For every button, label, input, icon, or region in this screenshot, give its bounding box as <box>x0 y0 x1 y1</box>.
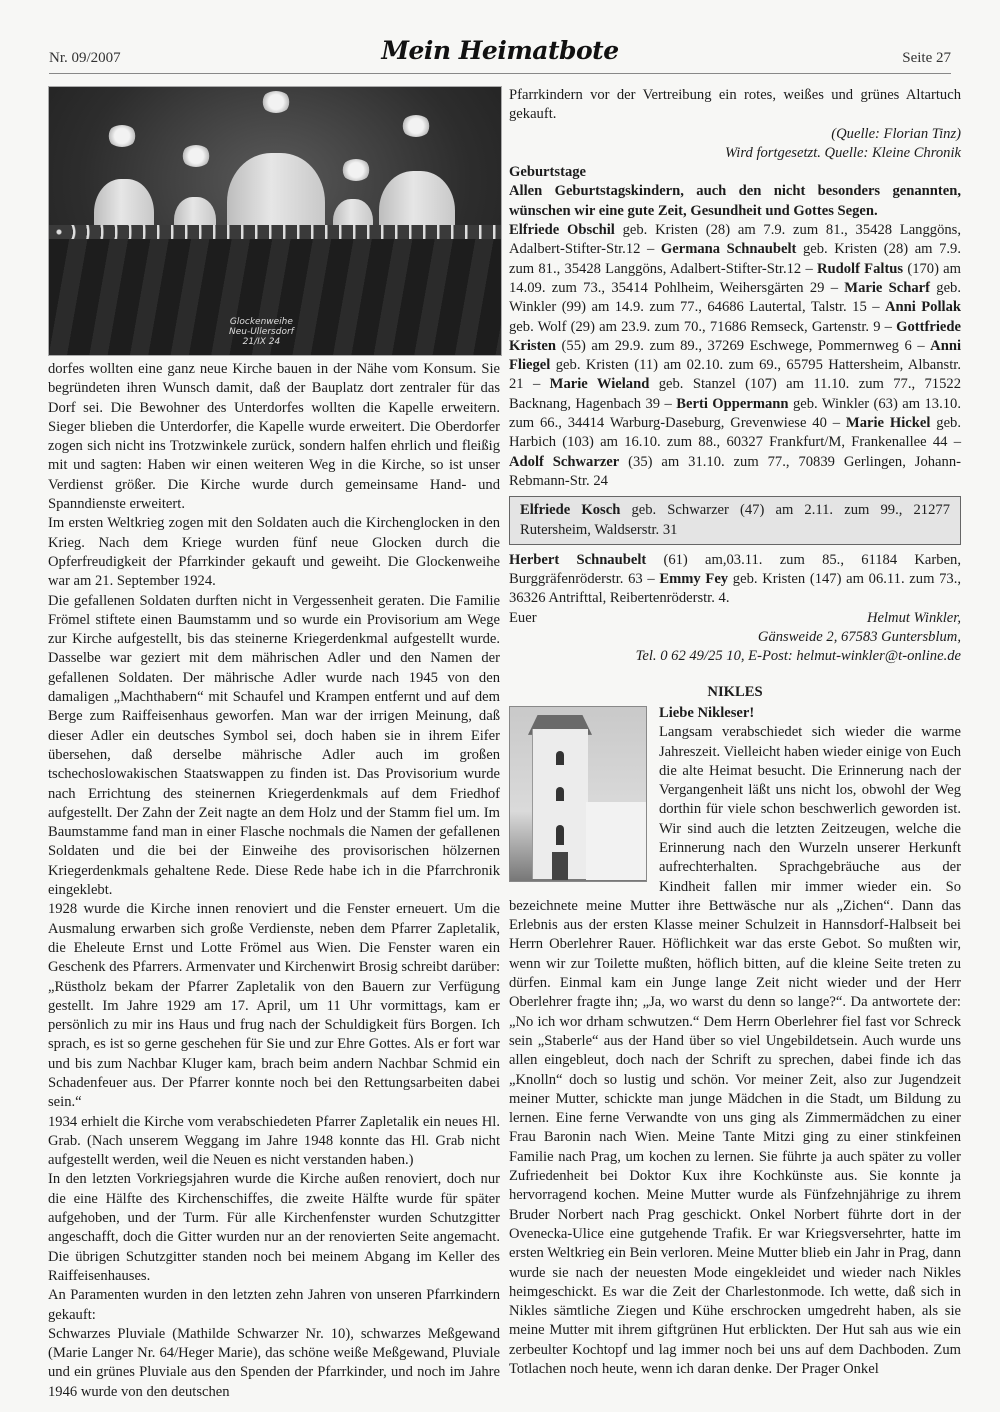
left-column: Glockenweihe Neu-Ullersdorf 21/IX 24 dor… <box>48 86 500 1402</box>
nikles-salutation: Liebe Nikleser! <box>659 705 754 721</box>
article-paragraph: Im ersten Weltkrieg zogen mit den Soldat… <box>48 514 500 591</box>
photo-inscription: Glockenweihe Neu-Ullersdorf 21/IX 24 <box>229 317 294 347</box>
birthday-name: Marie Wieland <box>550 376 650 392</box>
masthead-logo: Mein Heimatbote <box>381 36 618 65</box>
article-continuation: Pfarrkindern vor der Vertreibung ein rot… <box>509 86 961 125</box>
article-paragraph: 1934 erhielt die Kirche vom verabschiede… <box>48 1113 500 1171</box>
article-paragraph: An Paramenten wurden in den letzten zehn… <box>48 1286 500 1325</box>
birthday-list-continued: Herbert Schnaubelt (61) am,03.11. zum 85… <box>509 551 961 609</box>
flowers-icon <box>181 145 211 167</box>
header-divider <box>49 73 951 74</box>
article-paragraph: Die gefallenen Soldaten durften nicht in… <box>48 592 500 901</box>
photo-garland <box>49 225 501 239</box>
nikles-article: Liebe Nikleser! Langsam verabschiedet si… <box>509 704 961 1379</box>
church-photo <box>509 706 647 882</box>
birthday-name: Rudolf Faltus <box>817 261 903 277</box>
birthday-details: geb. Wolf (29) am 23.9. zum 70., 71686 R… <box>509 319 896 335</box>
birthday-list: Elfriede Obschil geb. Kristen (28) am 7.… <box>509 221 961 491</box>
signature-contact: Tel. 0 62 49/25 10, E-Post: helmut-winkl… <box>509 647 961 666</box>
birthday-details: (55) am 29.9. zum 89., 37269 Eschwege, P… <box>556 338 930 354</box>
church-window <box>556 825 564 845</box>
birthday-name: Herbert Schnaubelt <box>509 552 646 568</box>
article-paragraph: Schwarzes Pluviale (Mathilde Schwarzer N… <box>48 1325 500 1402</box>
church-nave <box>586 802 646 880</box>
article-paragraph: In den letzten Vorkriegsjahren wurde die… <box>48 1170 500 1286</box>
church-window <box>556 787 564 801</box>
signature-address: Gänsweide 2, 67583 Guntersblum, <box>509 628 961 647</box>
bells-photo: Glockenweihe Neu-Ullersdorf 21/IX 24 <box>48 86 502 356</box>
church-door <box>552 852 568 880</box>
right-column: Pfarrkindern vor der Vertreibung ein rot… <box>509 86 961 1379</box>
flowers-icon <box>107 125 137 147</box>
birthdays-heading: Geburtstage <box>509 164 586 180</box>
flowers-icon <box>261 91 291 113</box>
birthday-name: Anni Pollak <box>885 299 961 315</box>
issue-number: Nr. 09/2007 <box>49 50 121 67</box>
birthday-name: Berti Oppermann <box>676 396 788 412</box>
inscription-line: Neu-Ullersdorf <box>229 327 294 337</box>
birthday-name: Emmy Fey <box>659 571 728 587</box>
flowers-icon <box>341 159 371 181</box>
inscription-line: Glockenweihe <box>229 317 294 327</box>
birthday-name: Marie Scharf <box>844 280 930 296</box>
highlighted-birthday-box: Elfriede Kosch geb. Schwarzer (47) am 2.… <box>509 496 961 545</box>
birthday-name: Elfriede Kosch <box>520 502 620 518</box>
church-window <box>556 751 564 765</box>
bell-3 <box>227 153 325 235</box>
source-citation: (Quelle: Florian Tinz) <box>509 125 961 144</box>
birthdays-greeting: Allen Geburtstagskindern, auch den nicht… <box>509 182 961 221</box>
birthday-name: Adolf Schwarzer <box>509 454 619 470</box>
page-header: Nr. 09/2007 Mein Heimatbote Seite 27 <box>49 36 951 76</box>
signoff-word: Euer <box>509 609 537 628</box>
signature-name: Helmut Winkler, <box>867 609 961 628</box>
inscription-line: 21/IX 24 <box>229 337 294 347</box>
flowers-icon <box>401 115 431 137</box>
birthday-name: Marie Hickel <box>846 415 930 431</box>
page-number: Seite 27 <box>902 50 951 67</box>
section-title-nikles: NIKLES <box>509 683 961 702</box>
article-paragraph: 1928 wurde die Kirche innen renoviert un… <box>48 900 500 1112</box>
article-paragraph: dorfes wollten eine ganz neue Kirche bau… <box>48 360 500 514</box>
birthday-name: Elfriede Obschil <box>509 222 615 238</box>
continued-note: Wird fortgesetzt. Quelle: Kleine Chronik <box>509 144 961 163</box>
birthday-name: Germana Schnaubelt <box>661 241 797 257</box>
signature-row: Euer Helmut Winkler, <box>509 609 961 628</box>
